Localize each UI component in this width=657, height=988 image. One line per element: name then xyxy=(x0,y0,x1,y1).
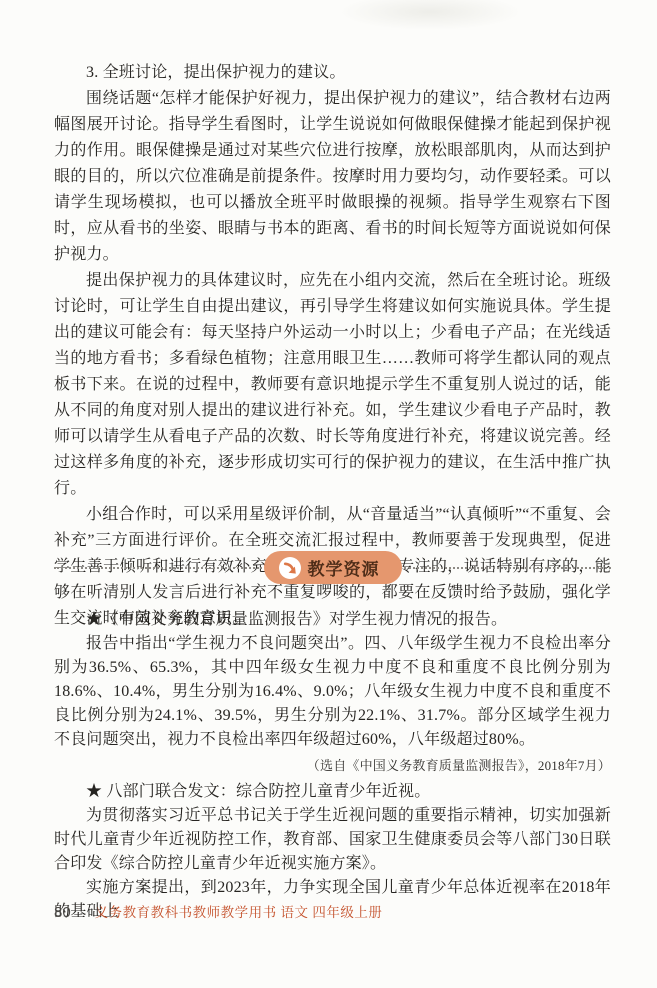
resource-item-title: ★ 八部门联合发文：综合防控儿童青少年近视。 xyxy=(54,780,611,804)
source-attribution: （选自《中国义务教育质量监测报告》，2018年7月） xyxy=(54,754,611,778)
resource-paragraph: 报告中指出“学生视力不良问题突出”。四、八年级学生视力不良检出率分别为36.5%… xyxy=(54,632,611,752)
activity-heading: 3. 全班讨论，提出保护视力的建议。 xyxy=(54,60,611,86)
lesson-guidance-section: 3. 全班讨论，提出保护视力的建议。 围绕话题“怎样才能保护好视力，提出保护视力… xyxy=(54,60,611,632)
page-number: 80 xyxy=(54,904,71,921)
resource-paragraph: 为贯彻落实习近平总书记关于学生近视问题的重要指示精神，切实加强新时代儿童青少年近… xyxy=(54,804,611,876)
page-footer: 80 义务教育教科书教师教学用书 语文 四年级上册 xyxy=(54,901,611,921)
resource-item-title: ★《中国义务教育质量监测报告》对学生视力情况的报告。 xyxy=(54,608,611,632)
teaching-resources-section: ★《中国义务教育质量监测报告》对学生视力情况的报告。 报告中指出“学生视力不良问… xyxy=(54,608,611,924)
badge-label: 教学资源 xyxy=(308,555,380,580)
book-page: 3. 全班讨论，提出保护视力的建议。 围绕话题“怎样才能保护好视力，提出保护视力… xyxy=(0,0,657,988)
activity-paragraph: 围绕话题“怎样才能保护好视力，提出保护视力的建议”，结合教材右边两幅图展开讨论。… xyxy=(54,86,611,268)
arrow-down-right-icon xyxy=(278,556,302,580)
section-divider: 教学资源 xyxy=(0,551,657,584)
dotted-rule-left xyxy=(54,567,262,569)
dotted-rule-right xyxy=(404,567,612,569)
activity-paragraph: 提出保护视力的具体建议时，应先在小组内交流，然后在全班讨论。班级讨论时，可让学生… xyxy=(54,268,611,502)
teaching-resources-badge: 教学资源 xyxy=(264,551,402,584)
book-title: 义务教育教科书教师教学用书 语文 四年级上册 xyxy=(95,901,383,921)
